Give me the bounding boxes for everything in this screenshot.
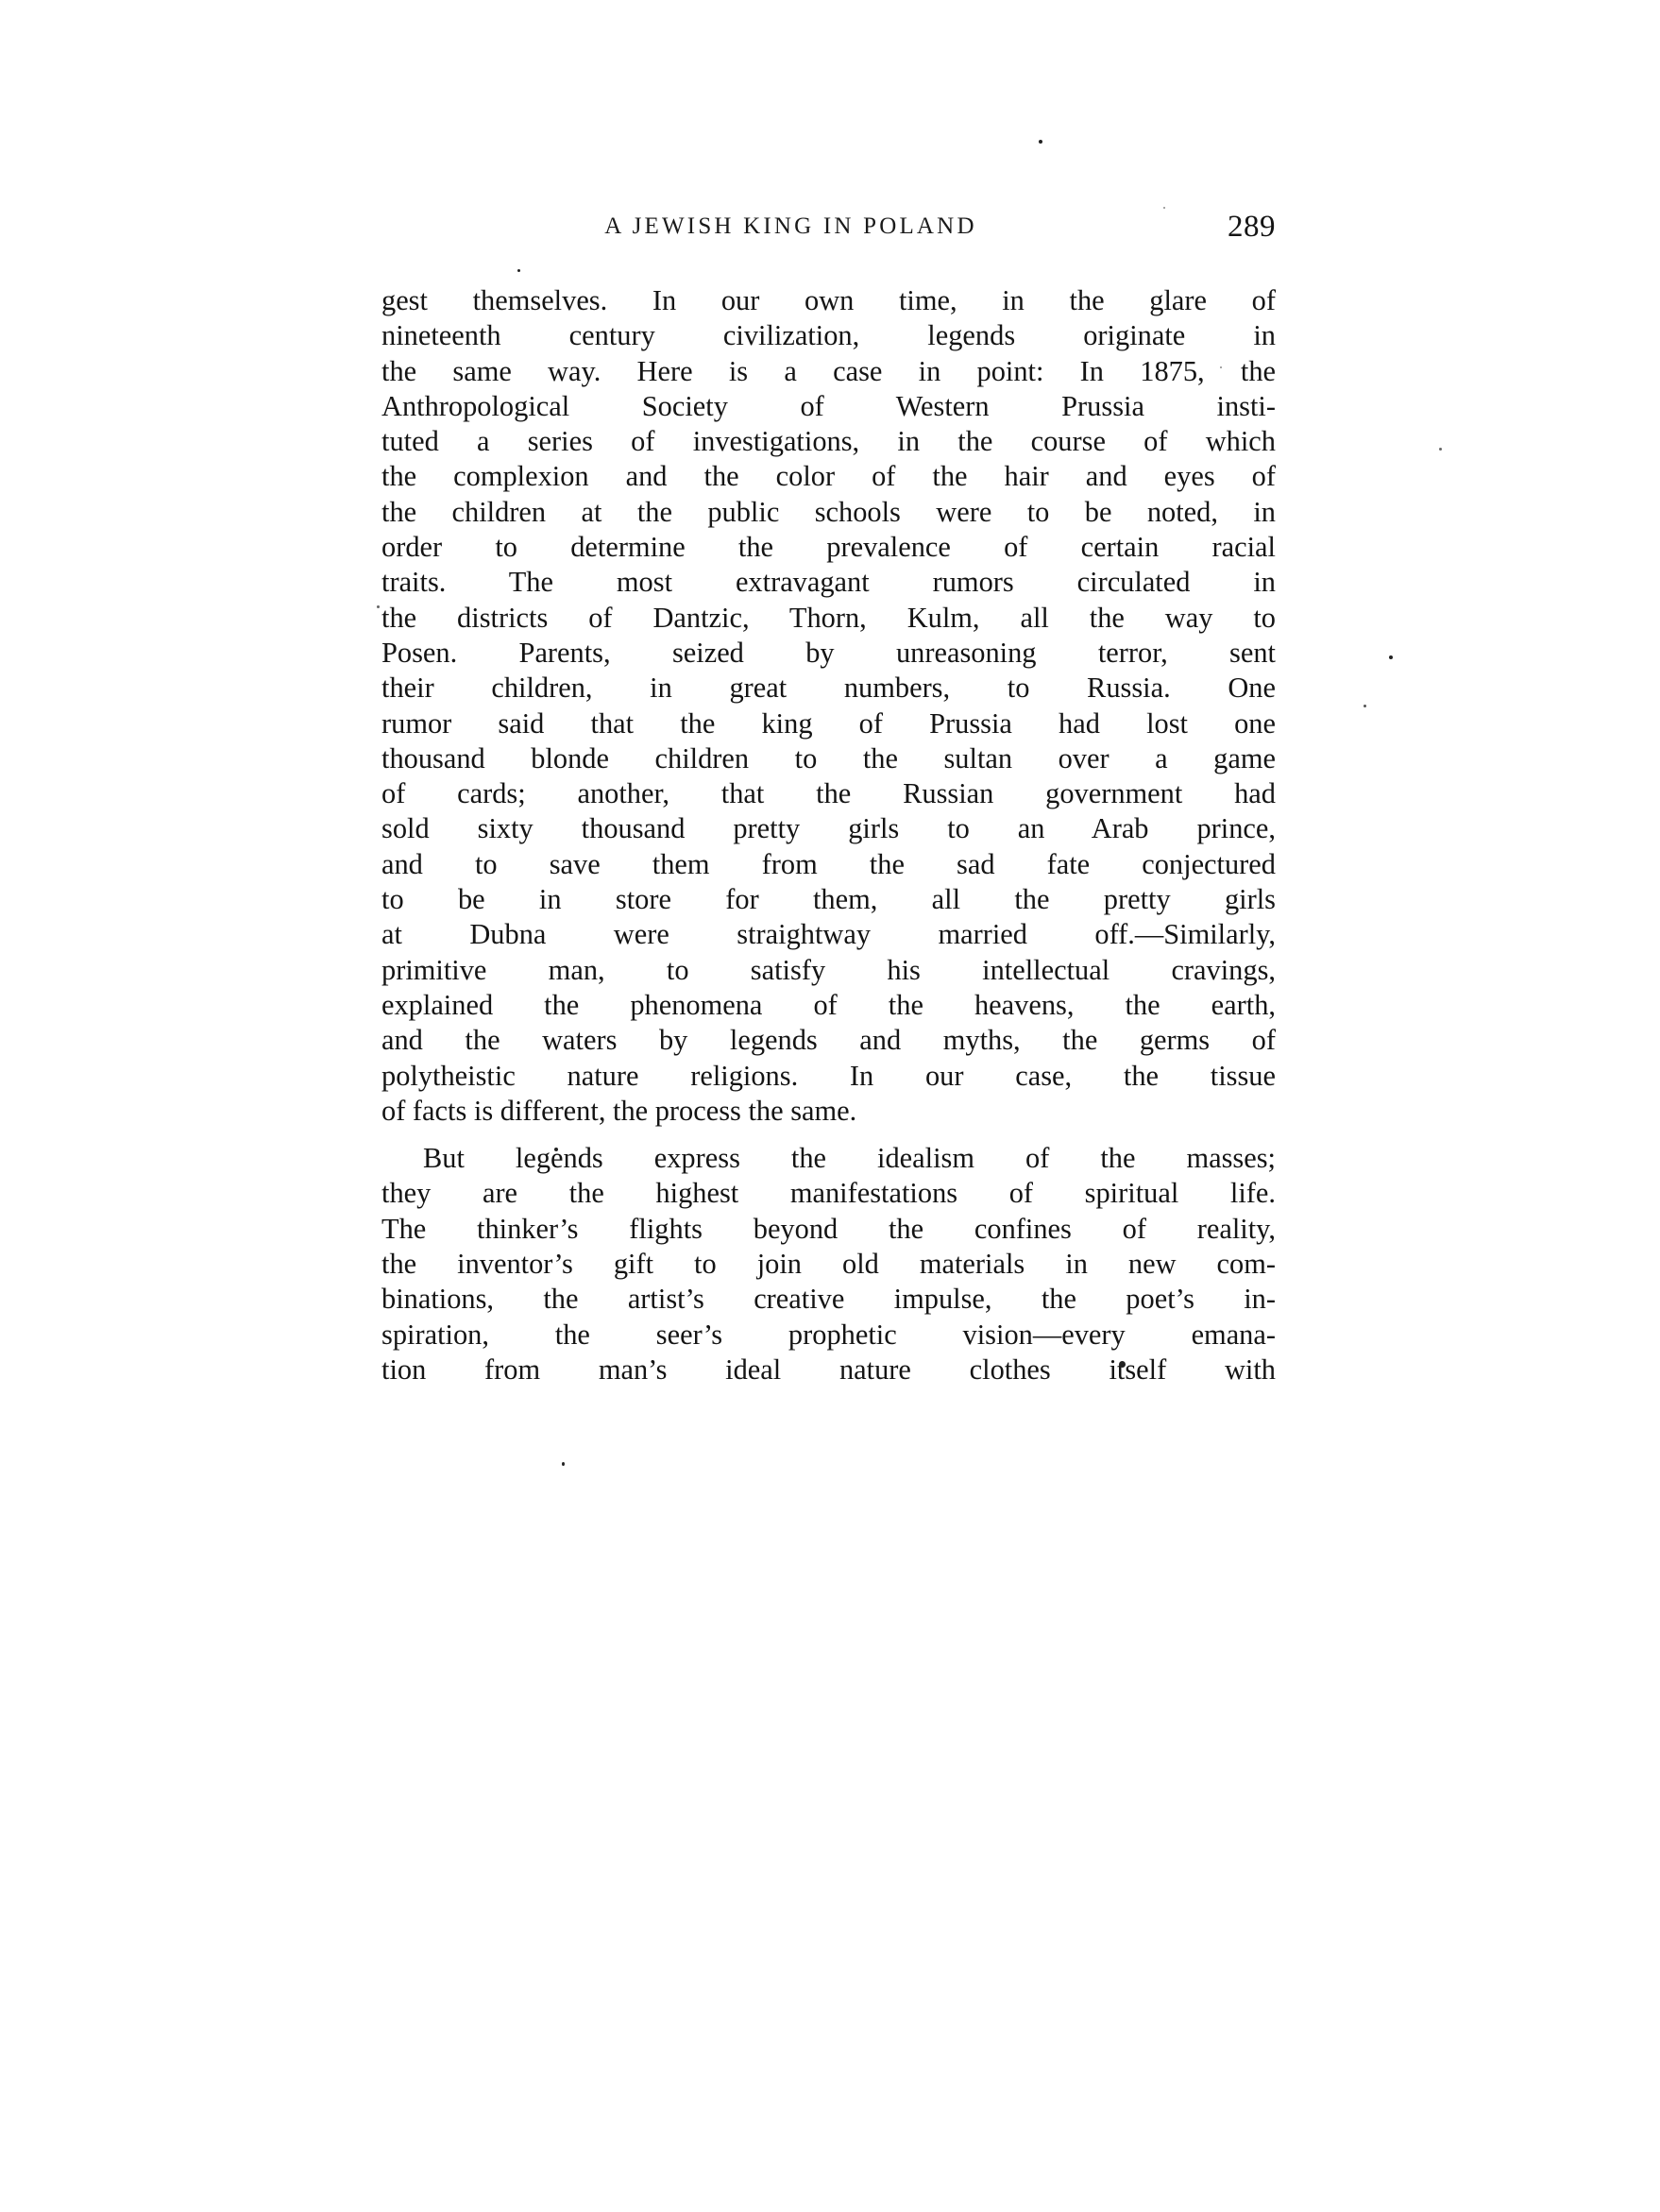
text-line: the children at the public schools were … (381, 495, 1276, 530)
scan-speck (377, 605, 380, 608)
text-line: sold sixty thousand pretty girls to an A… (381, 811, 1276, 846)
scan-speck (1439, 448, 1442, 451)
text-line: Posen. Parents, seized by unreasoning te… (381, 636, 1276, 671)
text-line: to be in store for them, all the pretty … (381, 882, 1276, 917)
text-line: and to save them from the sad fate conje… (381, 847, 1276, 882)
text-line: tion from man’s ideal nature clothes its… (381, 1353, 1276, 1387)
text-line: the same way. Here is a case in point: I… (381, 354, 1276, 389)
paragraph-gap (381, 1129, 1276, 1141)
text-line: spiration, the seer’s prophetic vision—e… (381, 1318, 1276, 1353)
text-line: gest themselves. In our own time, in the… (381, 283, 1276, 318)
page-number: 289 (1228, 210, 1276, 245)
scan-speck (1039, 140, 1042, 144)
text-line: they are the highest manifestations of s… (381, 1176, 1276, 1211)
running-title: A JEWISH KING IN POLAND (381, 213, 1276, 240)
text-line: of facts is different, the process the s… (381, 1094, 1276, 1129)
text-line: explained the phenomena of the heavens, … (381, 988, 1276, 1023)
text-line: and the waters by legends and myths, the… (381, 1023, 1276, 1058)
scan-speck (1364, 705, 1366, 707)
text-line: their children, in great numbers, to Rus… (381, 671, 1276, 706)
paragraph-1: gest themselves. In our own time, in the… (381, 283, 1276, 1129)
text-line: at Dubna were straightway married off.—S… (381, 917, 1276, 952)
scan-speck (562, 1462, 565, 1466)
text-line: rumor said that the king of Prussia had … (381, 706, 1276, 741)
scan-speck (1220, 366, 1222, 368)
scan-speck (1389, 655, 1393, 659)
scan-speck (1119, 1361, 1126, 1368)
text-line: But legends express the idealism of the … (381, 1141, 1276, 1176)
text-line: binations, the artist’s creative impulse… (381, 1282, 1276, 1317)
text-line: of cards; another, that the Russian gove… (381, 776, 1276, 811)
scan-speck (517, 269, 520, 272)
text-line: The thinker’s flights beyond the confine… (381, 1212, 1276, 1247)
paragraph-2: But legends express the idealism of the … (381, 1141, 1276, 1387)
text-line: primitive man, to satisfy his intellectu… (381, 953, 1276, 988)
scan-speck (554, 1148, 558, 1151)
text-line: the inventor’s gift to join old material… (381, 1247, 1276, 1282)
text-line: order to determine the prevalence of cer… (381, 530, 1276, 565)
text-line: thousand blonde children to the sultan o… (381, 741, 1276, 776)
text-line: tuted a series of investigations, in the… (381, 424, 1276, 459)
text-line: nineteenth century civilization, legends… (381, 318, 1276, 353)
text-line: the districts of Dantzic, Thorn, Kulm, a… (381, 601, 1276, 636)
book-page: A JEWISH KING IN POLAND 289 gest themsel… (0, 0, 1660, 2212)
text-line: Anthropological Society of Western Pruss… (381, 389, 1276, 424)
scan-speck (1163, 207, 1165, 209)
running-head: A JEWISH KING IN POLAND 289 (381, 210, 1276, 251)
text-line: polytheistic nature religions. In our ca… (381, 1059, 1276, 1094)
text-line: the complexion and the color of the hair… (381, 459, 1276, 494)
body-text: gest themselves. In our own time, in the… (381, 283, 1276, 1387)
text-line: traits. The most extravagant rumors circ… (381, 565, 1276, 600)
